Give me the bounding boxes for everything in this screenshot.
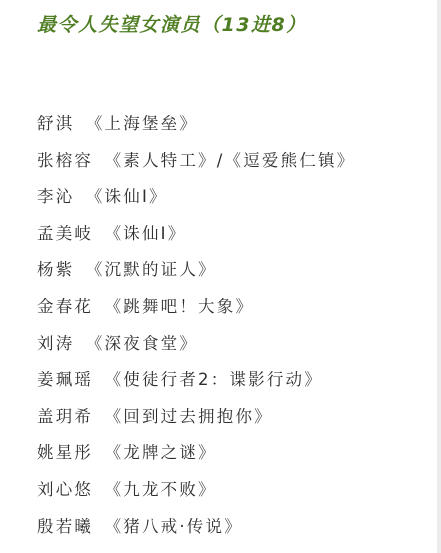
actress-name: 刘心悠 <box>37 480 93 499</box>
list-item: 刘心悠 《九龙不败》 <box>37 477 355 514</box>
work-title: 《诛仙Ⅰ》 <box>105 224 187 243</box>
work-title: 《诛仙Ⅰ》 <box>86 187 168 206</box>
actress-name: 姚星彤 <box>37 443 93 462</box>
work-title: 《使徒行者2：谍影行动》 <box>105 370 323 389</box>
actress-name: 孟美岐 <box>37 224 93 243</box>
work-title: 《九龙不败》 <box>105 480 217 499</box>
list-item: 姜珮瑶 《使徒行者2：谍影行动》 <box>37 367 355 404</box>
list-item: 姚星彤 《龙牌之谜》 <box>37 440 355 477</box>
actress-name: 金春花 <box>37 297 93 316</box>
work-title: 《回到过去拥抱你》 <box>105 407 273 426</box>
actress-name: 殷若曦 <box>37 517 93 536</box>
actress-list: 舒淇 《上海堡垒》 张榕容 《素人特工》/《逗爱熊仁镇》 李沁 《诛仙Ⅰ》 孟美… <box>37 111 355 550</box>
actress-name: 李沁 <box>37 187 74 206</box>
work-title: 《素人特工》/《逗爱熊仁镇》 <box>105 151 356 170</box>
actress-name: 杨紫 <box>37 260 74 279</box>
list-item: 殷若曦 《猪八戒·传说》 <box>37 514 355 551</box>
list-item: 杨紫 《沉默的证人》 <box>37 257 355 294</box>
actress-name: 姜珮瑶 <box>37 370 93 389</box>
list-item: 孟美岐 《诛仙Ⅰ》 <box>37 221 355 258</box>
scrollbar-track[interactable] <box>437 0 441 553</box>
list-item: 李沁 《诛仙Ⅰ》 <box>37 184 355 221</box>
work-title: 《上海堡垒》 <box>86 114 198 133</box>
list-item: 舒淇 《上海堡垒》 <box>37 111 355 148</box>
work-title: 《猪八戒·传说》 <box>105 517 243 536</box>
list-item: 张榕容 《素人特工》/《逗爱熊仁镇》 <box>37 148 355 185</box>
work-title: 《深夜食堂》 <box>86 334 198 353</box>
article-page: 最令人失望女演员（13进8） 舒淇 《上海堡垒》 张榕容 《素人特工》/《逗爱熊… <box>0 0 437 553</box>
actress-name: 刘涛 <box>37 334 74 353</box>
list-item: 盖玥希 《回到过去拥抱你》 <box>37 404 355 441</box>
work-title: 《龙牌之谜》 <box>105 443 217 462</box>
actress-name: 舒淇 <box>37 114 74 133</box>
actress-name: 盖玥希 <box>37 407 93 426</box>
actress-name: 张榕容 <box>37 151 93 170</box>
list-item: 金春花 《跳舞吧！大象》 <box>37 294 355 331</box>
list-item: 刘涛 《深夜食堂》 <box>37 331 355 368</box>
work-title: 《沉默的证人》 <box>86 260 217 279</box>
section-title: 最令人失望女演员（13进8） <box>37 11 307 39</box>
work-title: 《跳舞吧！大象》 <box>105 297 255 316</box>
